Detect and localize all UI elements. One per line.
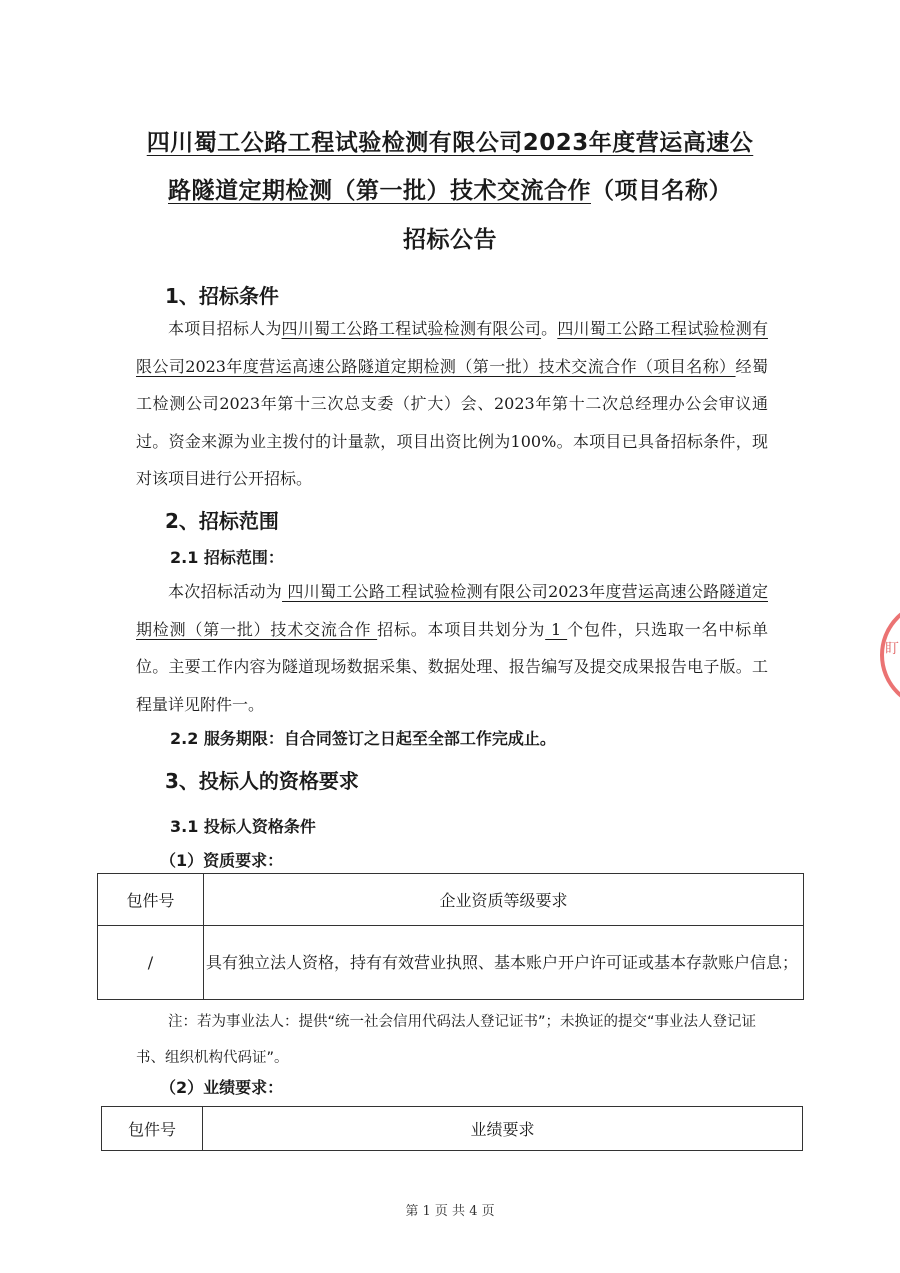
s21-prefix: 本次招标活动为	[168, 582, 282, 601]
qualification-heading: （1）资质要求：	[160, 848, 283, 871]
qualification-table: 包件号 企业资质等级要求 / 具有独立法人资格，持有有效营业执照、基本账户开户许…	[97, 873, 804, 1000]
qualification-note: 注：若为事业法人：提供“统一社会信用代码法人登记证书”；未换证的提交“事业法人登…	[136, 1004, 776, 1076]
performance-table: 包件号 业绩要求	[101, 1106, 803, 1151]
section1-paragraph: 本项目招标人为四川蜀工公路工程试验检测有限公司。四川蜀工公路工程试验检测有限公司…	[136, 310, 768, 498]
s1-tenderer: 四川蜀工公路工程试验检测有限公司	[282, 319, 542, 338]
s21-package-count: 1	[545, 620, 567, 639]
title-line-1: 四川蜀工公路工程试验检测有限公司2023年度营运高速公	[0, 124, 900, 157]
section1-heading: 1、招标条件	[165, 280, 279, 309]
section2-1-paragraph: 本次招标活动为 四川蜀工公路工程试验检测有限公司2023年度营运高速公路隧道定期…	[136, 573, 768, 723]
s1-prefix: 本项目招标人为	[168, 319, 282, 338]
s21-mid: 招标。本项目共划分为	[377, 620, 545, 639]
seal-char: 盯	[885, 638, 899, 658]
s1-rest: 经蜀工检测公司2023年第十三次总支委（扩大）会、2023年第十二次总经理办公会…	[136, 357, 768, 489]
section2-2-text: 2.2 服务期限：自合同签订之日起至全部工作完成止。	[170, 726, 556, 749]
document-page: 四川蜀工公路工程试验检测有限公司2023年度营运高速公 路隧道定期检测（第一批）…	[0, 0, 900, 1273]
section2-1-heading: 2.1 招标范围：	[170, 545, 284, 568]
title-underlined-1: 四川蜀工公路工程试验检测有限公司2023年度营运高速公	[147, 130, 754, 156]
qual-row-requirement: 具有独立法人资格，持有有效营业执照、基本账户开户许可证或基本存款账户信息；	[204, 926, 804, 1000]
section3-1-heading: 3.1 投标人资格条件	[170, 814, 316, 837]
perf-header-package: 包件号	[102, 1107, 203, 1151]
page-footer: 第 1 页 共 4 页	[0, 1200, 900, 1219]
title-line-2: 路隧道定期检测（第一批）技术交流合作（项目名称）	[0, 172, 900, 205]
section2-heading: 2、招标范围	[165, 505, 279, 534]
title-suffix: （项目名称）	[591, 178, 732, 204]
qual-header-requirement: 企业资质等级要求	[204, 874, 804, 926]
title-line-3: 招标公告	[0, 221, 900, 254]
section3-heading: 3、投标人的资格要求	[165, 765, 359, 794]
title-underlined-2: 路隧道定期检测（第一批）技术交流合作	[168, 178, 591, 204]
perf-header-requirement: 业绩要求	[203, 1107, 803, 1151]
qual-row-package: /	[98, 926, 204, 1000]
qual-header-package: 包件号	[98, 874, 204, 926]
performance-heading: （2）业绩要求：	[160, 1075, 283, 1098]
s1-sep: 。	[541, 319, 557, 338]
